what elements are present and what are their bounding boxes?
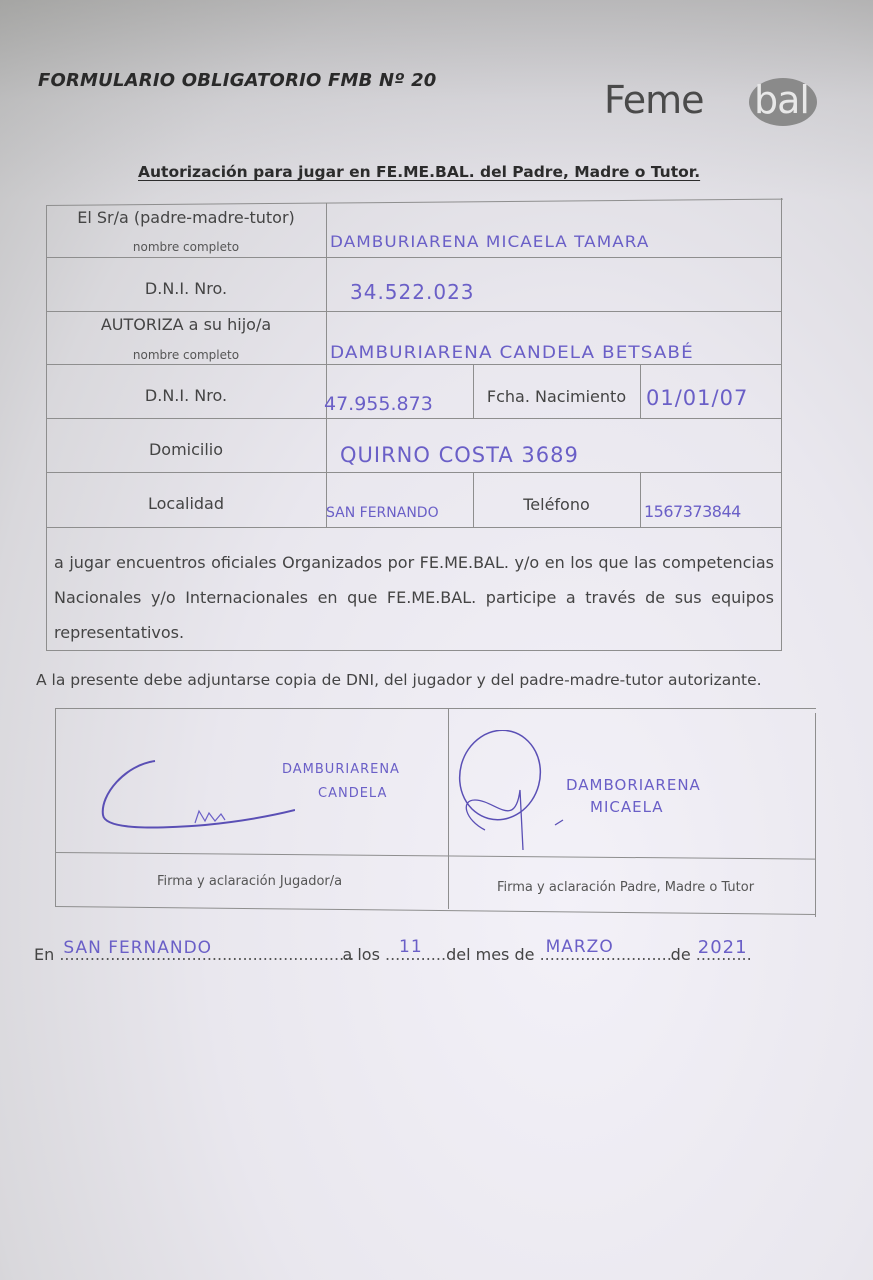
sig-border-left	[55, 708, 56, 906]
player-signature-label: Firma y aclaración Jugador/a	[157, 874, 342, 889]
row-divider	[46, 311, 782, 312]
parent-name-field[interactable]: DAMBURIARENA MICAELA TAMARA	[330, 232, 649, 251]
phone-label: Teléfono	[473, 495, 640, 514]
parent-dni-label: D.N.I. Nro.	[46, 279, 326, 298]
col-divider	[640, 472, 641, 527]
sig-row-divider	[55, 852, 816, 860]
form-title: FORMULARIO OBLIGATORIO FMB Nº 20	[38, 70, 437, 91]
child-name-field[interactable]: DAMBURIARENA CANDELA BETSABÉ	[330, 343, 694, 363]
parent-dni-field[interactable]: 34.522.023	[350, 280, 475, 304]
table-border-right	[781, 198, 782, 651]
parent-signature-label: Firma y aclaración Padre, Madre o Tutor	[497, 880, 754, 895]
city-label: Localidad	[46, 494, 326, 513]
del-mes-label: del mes de	[446, 945, 534, 964]
sig-border-bottom	[55, 906, 816, 915]
table-border-bottom	[46, 650, 782, 651]
phone-field[interactable]: 1567373844	[644, 502, 741, 521]
attachment-note: A la presente debe adjuntarse copia de D…	[36, 671, 762, 689]
table-border-left	[46, 205, 47, 651]
row-divider	[46, 472, 782, 473]
authorization-body-text: a jugar encuentros oficiales Organizados…	[54, 545, 774, 650]
parent-label: El Sr/a (padre-madre-tutor)	[46, 208, 326, 227]
sig-border-right	[815, 713, 816, 917]
month-value: MARZO	[546, 937, 614, 957]
row-divider	[46, 257, 782, 258]
day-field[interactable]: ............ 11	[385, 945, 441, 964]
place-value: SAN FERNANDO	[63, 938, 212, 958]
table-border-top	[46, 199, 783, 206]
sig-col-divider	[448, 709, 449, 909]
row-divider	[46, 527, 782, 528]
day-value: 11	[399, 937, 423, 957]
birth-date-field[interactable]: 01/01/07	[646, 386, 748, 410]
address-field[interactable]: QUIRNO COSTA 3689	[340, 443, 579, 467]
child-sublabel: nombre completo	[46, 348, 326, 362]
parent-sublabel: nombre completo	[46, 240, 326, 254]
parent-signature-icon[interactable]	[455, 730, 575, 855]
sig-border-top	[55, 708, 816, 709]
row-divider	[46, 364, 782, 365]
birth-date-label: Fcha. Nacimiento	[473, 387, 640, 406]
parent-name-line2: MICAELA	[590, 798, 664, 816]
authorizes-label: AUTORIZA a su hijo/a	[46, 315, 326, 334]
row-divider	[46, 418, 782, 419]
date-line: En .....................................…	[34, 945, 748, 964]
logo-text: Feme	[604, 78, 704, 122]
address-label: Domicilio	[46, 440, 326, 459]
place-field[interactable]: ........................................…	[59, 945, 337, 964]
col-divider	[640, 364, 641, 418]
logo-text-ball: bal	[754, 78, 809, 122]
year-field[interactable]: ........... 2021	[696, 945, 748, 964]
player-name-line1: DAMBURIARENA	[282, 762, 400, 777]
child-dni-label: D.N.I. Nro.	[46, 386, 326, 405]
player-signature-icon[interactable]	[95, 755, 295, 835]
parent-name-line1: DAMBORIARENA	[566, 776, 701, 794]
col-divider	[326, 203, 327, 528]
month-field[interactable]: ........................... MARZO	[540, 945, 666, 964]
player-name-line2: CANDELA	[318, 786, 387, 801]
femebal-logo: Feme bal	[604, 76, 834, 136]
child-dni-field[interactable]: 47.955.873	[324, 393, 433, 415]
city-field[interactable]: SAN FERNANDO	[326, 505, 439, 521]
form-subtitle: Autorización para jugar en FE.ME.BAL. de…	[138, 163, 700, 181]
date-prefix: En	[34, 945, 54, 964]
year-value: 2021	[698, 937, 748, 958]
